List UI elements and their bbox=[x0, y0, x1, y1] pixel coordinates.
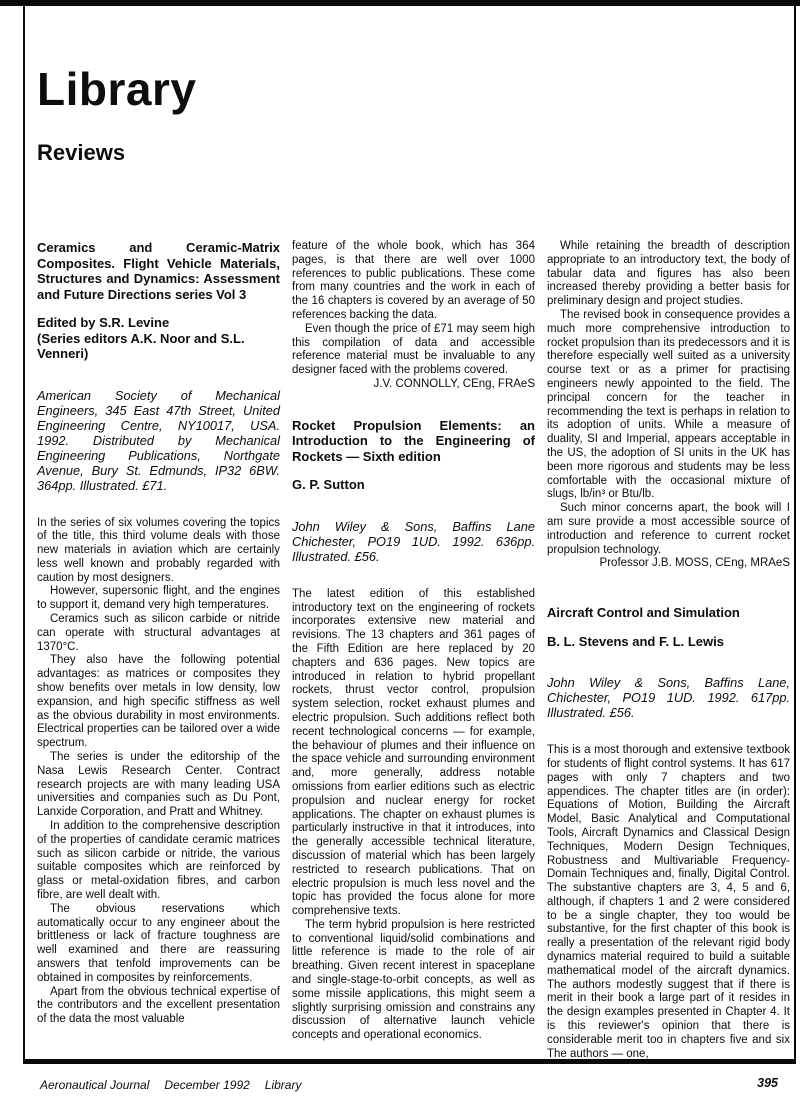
book-author-sutton: G. P. Sutton bbox=[292, 477, 535, 493]
paragraph: While retaining the breadth of descripti… bbox=[547, 240, 790, 309]
book-title-aircraft-control: Aircraft Control and Simulation bbox=[547, 605, 790, 621]
paragraph: The revised book in consequence provides… bbox=[547, 309, 790, 502]
paragraph: Even though the price of £71 may seem hi… bbox=[292, 323, 535, 378]
page-number: 395 bbox=[757, 1076, 778, 1090]
column-3: While retaining the breadth of descripti… bbox=[547, 240, 790, 1061]
editor-line-2: (Series editors A.K. Noor and S.L. Venne… bbox=[37, 331, 280, 362]
paragraph: The term hybrid propulsion is here restr… bbox=[292, 919, 535, 1043]
paragraph: Apart from the obvious technical experti… bbox=[37, 986, 280, 1027]
paragraph: Ceramics such as silicon carbide or nitr… bbox=[37, 613, 280, 654]
paragraph: The latest edition of this established i… bbox=[292, 588, 535, 919]
book-author-stevens-lewis: B. L. Stevens and F. L. Lewis bbox=[547, 634, 790, 650]
imprint-aircraft-control: John Wiley & Sons, Baffins Lane, Chiches… bbox=[547, 675, 790, 720]
paragraph: In addition to the comprehensive descrip… bbox=[37, 820, 280, 903]
imprint-ceramics: American Society of Mechanical Engineers… bbox=[37, 388, 280, 493]
paragraph: In the series of six volumes covering th… bbox=[37, 517, 280, 586]
column-1: Ceramics and Ceramic-Matrix Composites. … bbox=[37, 240, 280, 1061]
book-title-ceramics: Ceramics and Ceramic-Matrix Composites. … bbox=[37, 240, 280, 302]
reviewer-signature-connolly: J.V. CONNOLLY, CEng, FRAeS bbox=[292, 378, 535, 392]
footer-section-name: Library bbox=[265, 1078, 302, 1092]
paragraph: Such minor concerns apart, the book will… bbox=[547, 502, 790, 557]
paragraph: They also have the following potential a… bbox=[37, 654, 280, 751]
section-title: Reviews bbox=[37, 142, 125, 164]
paragraph: However, supersonic flight, and the engi… bbox=[37, 585, 280, 613]
book-editors-ceramics: Edited by S.R. Levine (Series editors A.… bbox=[37, 315, 280, 362]
page-border-right bbox=[794, 6, 796, 1062]
imprint-rocket-propulsion: John Wiley & Sons, Baffins Lane Chichest… bbox=[292, 519, 535, 564]
footer-running-title: Aeronautical Journal December 1992 Libra… bbox=[40, 1078, 301, 1092]
reviewer-signature-moss: Professor J.B. MOSS, CEng, MRAeS bbox=[547, 557, 790, 571]
footer-issue-date: December 1992 bbox=[164, 1078, 249, 1092]
book-title-rocket-propulsion: Rocket Propulsion Elements: an Introduct… bbox=[292, 418, 535, 465]
page-title: Library bbox=[37, 66, 196, 112]
column-2: feature of the whole book, which has 364… bbox=[292, 240, 535, 1061]
editor-line-1: Edited by S.R. Levine bbox=[37, 315, 280, 331]
footer-journal-name: Aeronautical Journal bbox=[40, 1078, 149, 1092]
journal-page: Library Reviews Ceramics and Ceramic-Mat… bbox=[0, 0, 800, 1109]
paragraph: The series is under the editorship of th… bbox=[37, 751, 280, 820]
paragraph: feature of the whole book, which has 364… bbox=[292, 240, 535, 323]
paragraph: This is a most thorough and extensive te… bbox=[547, 744, 790, 1061]
review-columns: Ceramics and Ceramic-Matrix Composites. … bbox=[37, 240, 790, 1061]
page-border-top bbox=[0, 0, 800, 6]
page-border-left bbox=[23, 6, 25, 1062]
paragraph: The obvious reservations which automatic… bbox=[37, 903, 280, 986]
